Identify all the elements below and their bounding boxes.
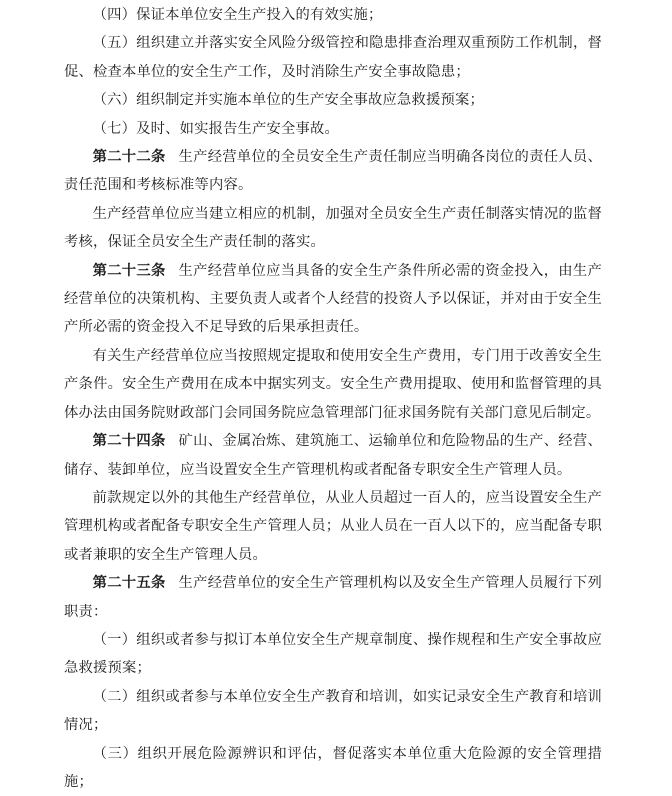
paragraph-text: （六）组织制定并实施本单位的生产安全事故应急救援预案； (93, 92, 484, 108)
article-24-body-paragraph: 前款规定以外的其他生产经营单位，从业人员超过一百人的，应当设置安全生产管理机构或… (64, 484, 602, 569)
article-22-body-paragraph: 生产经营单位应当建立相应的机制，加强对全员安全生产责任制落实情况的监督考核，保证… (64, 200, 602, 257)
paragraph-text: 生产经营单位应当建立相应的机制，加强对全员安全生产责任制落实情况的监督考核，保证… (64, 206, 602, 250)
article-25-number: 第二十五条 (93, 575, 166, 591)
paragraph-text: 前款规定以外的其他生产经营单位，从业人员超过一百人的，应当设置安全生产管理机构或… (64, 490, 602, 563)
article-23-paragraph: 第二十三条生产经营单位应当具备的安全生产条件所必需的资金投入，由生产经营单位的决… (64, 257, 602, 342)
paragraph-text: （五）组织建立并落实安全风险分级管控和隐患排查治理双重预防工作机制，督促、检查本… (64, 35, 602, 79)
list-item-paragraph-7: （七）及时、如实报告生产安全事故。 (64, 115, 602, 143)
paragraph-text: 有关生产经营单位应当按照规定提取和使用安全生产费用，专门用于改善安全生产条件。安… (64, 348, 602, 421)
paragraph-text: （一）组织或者参与拟订本单位安全生产规章制度、操作规程和生产安全事故应急救援预案… (64, 632, 602, 676)
article-23-number: 第二十三条 (93, 263, 166, 279)
paragraph-text: （三）组织开展危险源辨识和评估，督促落实本单位重大危险源的安全管理措施； (64, 746, 602, 790)
paragraph-text: （七）及时、如实报告生产安全事故。 (93, 121, 339, 137)
list-item-paragraph-6: （六）组织制定并实施本单位的生产安全事故应急救援预案； (64, 86, 602, 114)
paragraph-text: （四）保证本单位安全生产投入的有效实施； (93, 7, 383, 23)
article-22-number: 第二十二条 (93, 149, 166, 165)
paragraph-text: （二）组织或者参与本单位安全生产教育和培训，如实记录安全生产教育和培训情况； (64, 689, 602, 733)
list-item-paragraph-5: （五）组织建立并落实安全风险分级管控和隐患排查治理双重预防工作机制，督促、检查本… (64, 29, 602, 86)
list-item-paragraph-1: （一）组织或者参与拟订本单位安全生产规章制度、操作规程和生产安全事故应急救援预案… (64, 626, 602, 683)
article-24-number: 第二十四条 (93, 433, 166, 449)
article-23-body-paragraph: 有关生产经营单位应当按照规定提取和使用安全生产费用，专门用于改善安全生产条件。安… (64, 342, 602, 427)
article-25-paragraph: 第二十五条生产经营单位的安全生产管理机构以及安全生产管理人员履行下列职责： (64, 569, 602, 626)
article-24-paragraph: 第二十四条矿山、金属冶炼、建筑施工、运输单位和危险物品的生产、经营、储存、装卸单… (64, 427, 602, 484)
article-22-paragraph: 第二十二条生产经营单位的全员安全生产责任制应当明确各岗位的责任人员、责任范围和考… (64, 143, 602, 200)
document-page: （四）保证本单位安全生产投入的有效实施； （五）组织建立并落实安全风险分级管控和… (0, 0, 672, 796)
list-item-paragraph-4: （四）保证本单位安全生产投入的有效实施； (64, 1, 602, 29)
list-item-paragraph-2: （二）组织或者参与本单位安全生产教育和培训，如实记录安全生产教育和培训情况； (64, 683, 602, 740)
list-item-paragraph-3: （三）组织开展危险源辨识和评估，督促落实本单位重大危险源的安全管理措施； (64, 740, 602, 796)
